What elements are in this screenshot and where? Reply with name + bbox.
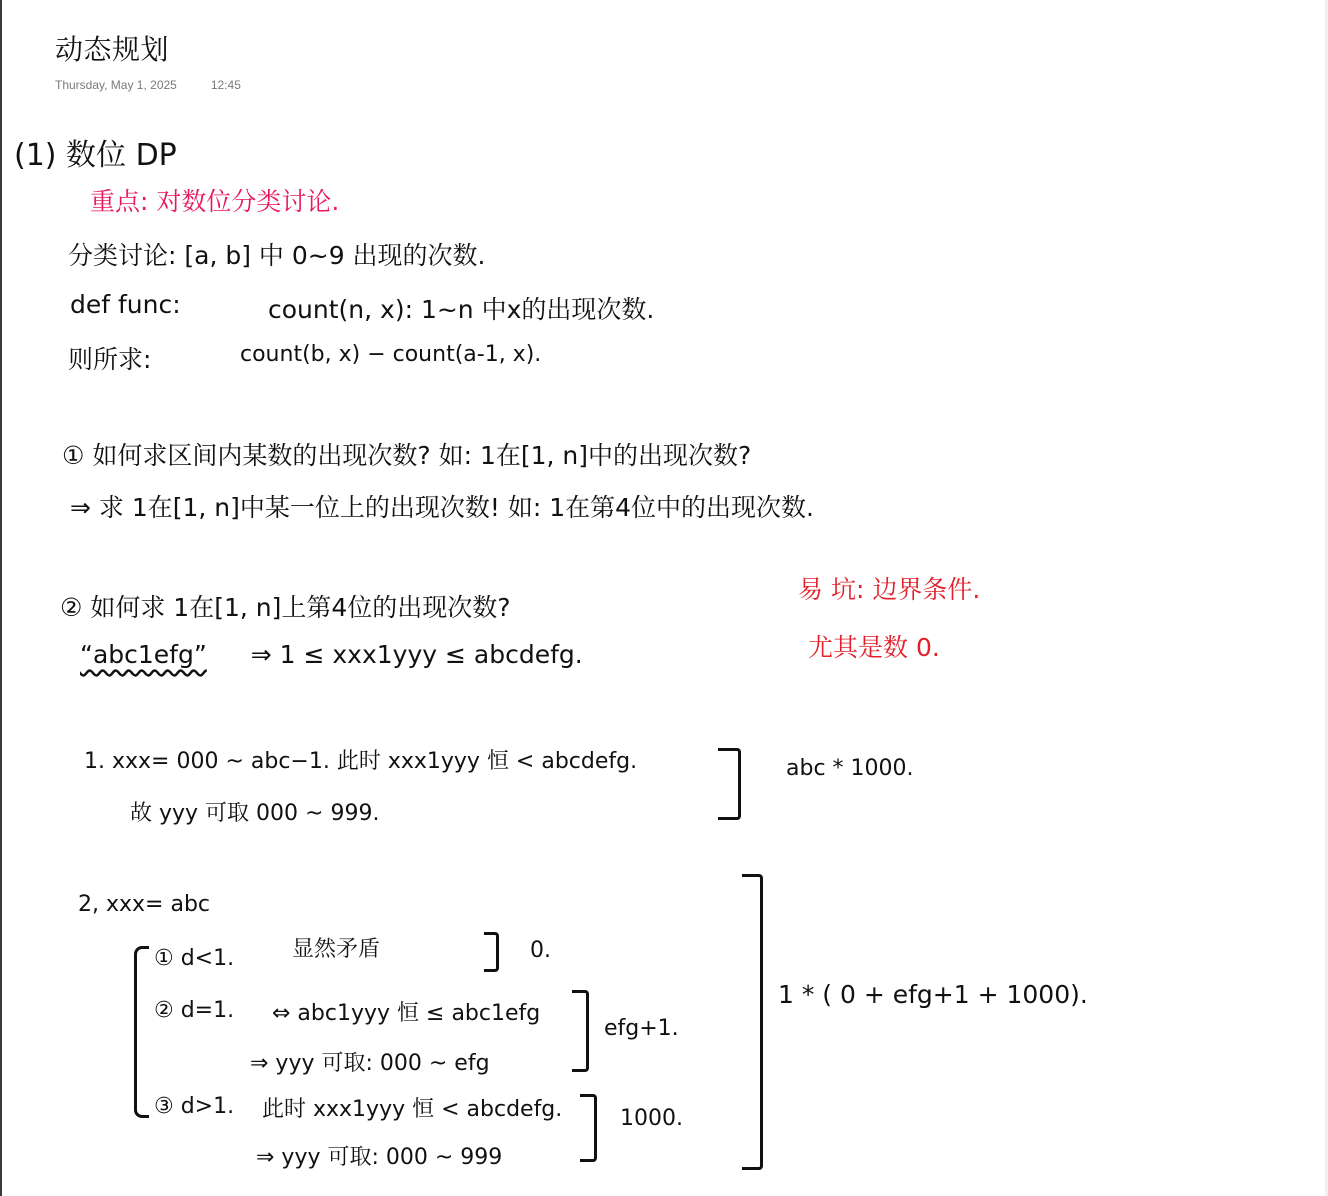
key-point-note: 重点: 对数位分类讨论. bbox=[90, 182, 339, 218]
case-2-sub-1-bracket bbox=[484, 932, 499, 972]
case-2-sub-3-text: 此时 xxx1yyy 恒 < abcdefg. bbox=[262, 1092, 562, 1123]
case-2-sub-1-text: 显然矛盾 bbox=[292, 932, 380, 963]
classify-line: 分类讨论: [a, b] 中 0~9 出现的次数. bbox=[68, 236, 486, 272]
case-2-heading: 2, xxx= abc bbox=[78, 892, 210, 917]
def-func-label: def func: bbox=[70, 290, 181, 319]
case-2-sub-1-result: 0. bbox=[530, 938, 551, 963]
warning-note-line-2: 尤其是数 0. bbox=[808, 628, 940, 664]
case-2-sub-2-result: efg+1. bbox=[604, 1016, 679, 1041]
page-date: Thursday, May 1, 2025 bbox=[55, 78, 177, 92]
question-2-example: “abc1efg” ⇒ 1 ≤ xxx1yyy ≤ abcdefg. bbox=[80, 640, 583, 669]
page-left-border bbox=[0, 0, 2, 1196]
case-2-sub-3-line-2: ⇒ yyy 可取: 000 ~ 999 bbox=[256, 1140, 502, 1171]
case-2-sub-3: ③ d>1. bbox=[154, 1094, 234, 1119]
case-1-line-1: 1. xxx= 000 ~ abc−1. 此时 xxx1yyy 恒 < abcd… bbox=[84, 744, 637, 775]
case-2-sub-2-bracket bbox=[572, 990, 589, 1072]
result-label: 则所求: bbox=[68, 340, 151, 376]
page-timestamp: Thursday, May 1, 202512:45 bbox=[55, 78, 241, 92]
question-1-line-1: ① 如何求区间内某数的出现次数? 如: 1在[1, n]中的出现次数? bbox=[62, 436, 751, 472]
question-2-line-1: ② 如何求 1在[1, n]上第4位的出现次数? bbox=[60, 588, 511, 624]
inequality: ⇒ 1 ≤ xxx1yyy ≤ abcdefg. bbox=[251, 640, 583, 669]
case-2-sub-2: ② d=1. bbox=[154, 998, 234, 1023]
page-time: 12:45 bbox=[211, 78, 241, 92]
case-2-sub-1: ① d<1. bbox=[154, 946, 234, 971]
def-func-expression: count(n, x): 1~n 中x的出现次数. bbox=[268, 290, 654, 326]
case-2-sub-2-line-2: ⇒ yyy 可取: 000 ~ efg bbox=[250, 1046, 490, 1077]
case-2-left-brace bbox=[134, 946, 149, 1118]
section-heading-digit-dp: (1) 数位 DP bbox=[14, 130, 177, 174]
case-1-bracket bbox=[718, 748, 741, 820]
case-1-line-2: 故 yyy 可取 000 ~ 999. bbox=[130, 796, 379, 827]
warning-note-line-1: 易 坑: 边界条件. bbox=[798, 570, 980, 606]
case-1-result: abc * 1000. bbox=[786, 756, 914, 781]
result-expression: count(b, x) − count(a-1, x). bbox=[240, 342, 541, 367]
case-2-sub-2-text: ⇔ abc1yyy 恒 ≤ abc1efg bbox=[272, 996, 540, 1027]
case-2-total-bracket bbox=[742, 874, 763, 1170]
page-title[interactable]: 动态规划 bbox=[55, 28, 169, 68]
abc1efg-quote: “abc1efg” bbox=[80, 640, 207, 669]
question-1-line-2: ⇒ 求 1在[1, n]中某一位上的出现次数! 如: 1在第4位中的出现次数. bbox=[70, 488, 814, 524]
case-2-sub-3-bracket bbox=[580, 1094, 597, 1162]
case-2-sub-3-result: 1000. bbox=[620, 1106, 683, 1131]
case-2-total: 1 * ( 0 + efg+1 + 1000). bbox=[778, 980, 1088, 1009]
